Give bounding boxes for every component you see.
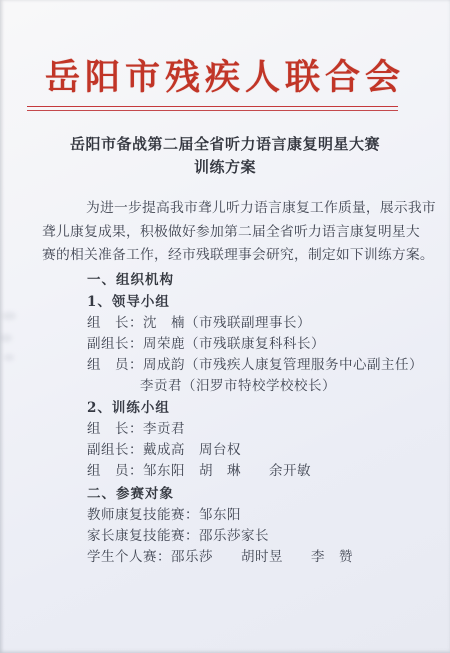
- subsection-training-group: 2、训练小组: [42, 398, 412, 419]
- list-line-leader: 组 长：李贡君: [42, 419, 412, 440]
- list-line-parent-contest: 家长康复技能赛：邵乐莎家长: [42, 526, 412, 547]
- list-line-deputy-leader: 副组长：戴成高 周台权: [42, 440, 412, 461]
- list-line-student-contest: 学生个人赛：邵乐莎 胡时昱 李 赞: [42, 547, 412, 568]
- scan-smudge: [4, 354, 14, 361]
- document-title-line1: 岳阳市备战第二届全省听力语言康复明星大赛: [0, 133, 450, 156]
- list-line-member-continuation: 李贡君（汨罗市特校学校校长）: [42, 376, 412, 397]
- section-heading-participants: 二、参赛对象: [42, 484, 412, 505]
- list-line-member: 组 员：周成韵（市残疾人康复管理服务中心副主任）: [42, 355, 412, 376]
- list-line-member: 组 员：邹东阳 胡 琳 余开敏: [42, 461, 412, 482]
- document-body: 为进一步提高我市聋儿听力语言康复工作质量，展示我市 聋儿康复成果，积极做好参加第…: [42, 197, 412, 568]
- document-title-line2: 训练方案: [0, 156, 450, 179]
- list-line-leader: 组 长：沈 楠（市残联副理事长）: [42, 313, 412, 334]
- scan-smudge: [2, 312, 16, 320]
- intro-paragraph-line: 为进一步提高我市聋儿听力语言康复工作质量，展示我市: [42, 197, 412, 221]
- letterhead-org-name: 岳阳市残疾人联合会: [0, 50, 450, 100]
- list-line-deputy-leader: 副组长：周荣鹿（市残联康复科科长）: [42, 334, 412, 355]
- subsection-leading-group: 1、领导小组: [42, 292, 412, 313]
- scanned-document-page: 岳阳市残疾人联合会 岳阳市备战第二届全省听力语言康复明星大赛 训练方案 为进一步…: [0, 0, 450, 653]
- intro-paragraph-line: 赛的相关准备工作，经市残联理事会研究，制定如下训练方案。: [42, 244, 412, 268]
- section-heading-organization: 一、组织机构: [42, 270, 412, 291]
- intro-paragraph-line: 聋儿康复成果，积极做好参加第二届全省听力语言康复明星大: [42, 221, 412, 245]
- list-line-teacher-contest: 教师康复技能赛：邹东阳: [42, 505, 412, 526]
- letterhead-divider-rule: [27, 106, 398, 111]
- scan-smudge: [0, 334, 12, 342]
- document-title: 岳阳市备战第二届全省听力语言康复明星大赛 训练方案: [0, 133, 450, 179]
